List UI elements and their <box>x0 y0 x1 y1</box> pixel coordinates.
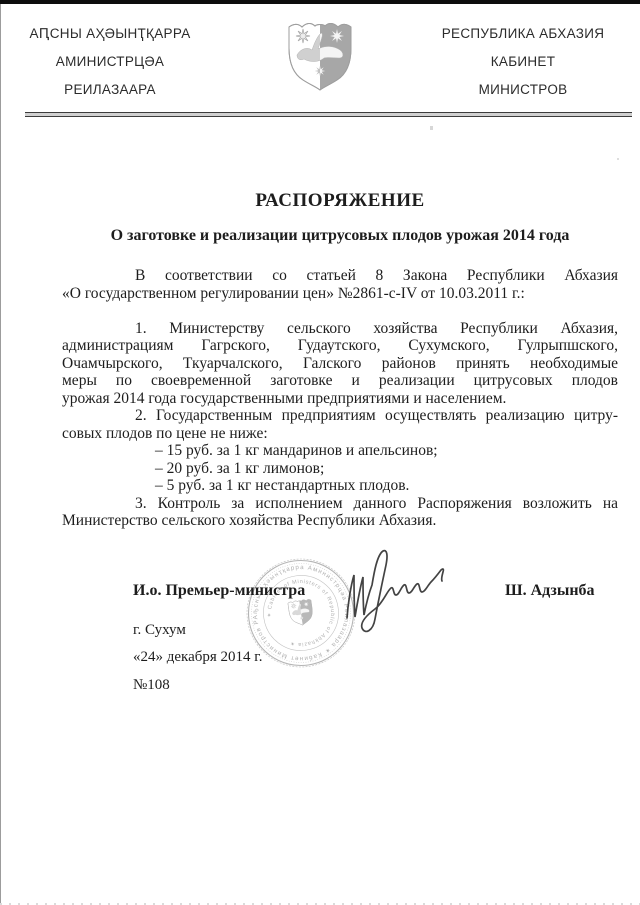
body-line: – 20 руб. за 1 кг лимонов; <box>62 460 618 478</box>
body-line: – 15 руб. за 1 кг мандаринов и апельсино… <box>62 442 618 460</box>
scan-speck <box>430 126 433 130</box>
body-line: 3. Контроль за исполнением данного Распо… <box>62 495 618 513</box>
signer-name: Ш. Адзынба <box>505 582 595 600</box>
letterhead-left-line: АԤСНЫ АҲӘЫНҬҚАРРА <box>20 20 200 48</box>
issue-date: «24» декабря 2014 г. <box>133 649 263 666</box>
document-subject: О заготовке и реализации цитрусовых плод… <box>62 227 618 245</box>
scanned-decree-page: АԤСНЫ АҲӘЫНҬҚАРРА АМИНИСТРЦӘА РЕИЛАЗААРА… <box>0 0 640 905</box>
body-line: Очамчырского, Ткуарчалского, Галского ра… <box>62 355 618 373</box>
body-line: 2. Государственным предприятиям осуществ… <box>62 407 618 425</box>
letterhead-right-line: МИНИСТРОВ <box>433 76 613 104</box>
issue-city: г. Сухум <box>133 622 186 639</box>
header-divider <box>25 112 632 117</box>
body-line: 1. Министерству сельского хозяйства Респ… <box>62 320 618 338</box>
letterhead-right-line: КАБИНЕТ <box>433 48 613 76</box>
scan-top-border <box>0 0 640 4</box>
body-line: совых плодов по цене не ниже: <box>62 425 618 443</box>
abkhazia-coat-of-arms-icon <box>284 20 356 92</box>
signer-position-title: И.о. Премьер-министра <box>133 582 305 600</box>
document-body: В соответствии со статьей 8 Закона Респу… <box>62 267 618 530</box>
handwritten-signature-icon <box>335 543 455 643</box>
body-line: администрациям Гагрского, Гудаутского, С… <box>62 337 618 355</box>
body-line: «О государственном регулировании цен» №2… <box>62 285 618 303</box>
body-line: Министерство сельского хозяйства Республ… <box>62 512 618 530</box>
letterhead-left: АԤСНЫ АҲӘЫНҬҚАРРА АМИНИСТРЦӘА РЕИЛАЗААРА <box>20 20 200 104</box>
letterhead-left-line: АМИНИСТРЦӘА <box>20 48 200 76</box>
body-line: урожая 2014 года государственными предпр… <box>62 390 618 408</box>
document-title: РАСПОРЯЖЕНИЕ <box>62 190 618 212</box>
scan-left-border <box>0 4 1 903</box>
body-line: – 5 руб. за 1 кг нестандартных плодов. <box>62 477 618 495</box>
letterhead-right-line: РЕСПУБЛИКА АБХАЗИЯ <box>433 20 613 48</box>
body-line: В соответствии со статьей 8 Закона Респу… <box>62 267 618 285</box>
letterhead-right: РЕСПУБЛИКА АБХАЗИЯ КАБИНЕТ МИНИСТРОВ <box>433 20 613 104</box>
letterhead-left-line: РЕИЛАЗААРА <box>20 76 200 104</box>
body-line <box>62 302 618 320</box>
document-number: №108 <box>133 677 170 694</box>
body-line: меры по своевременной заготовке и реализ… <box>62 372 618 390</box>
scan-speck <box>617 158 619 160</box>
